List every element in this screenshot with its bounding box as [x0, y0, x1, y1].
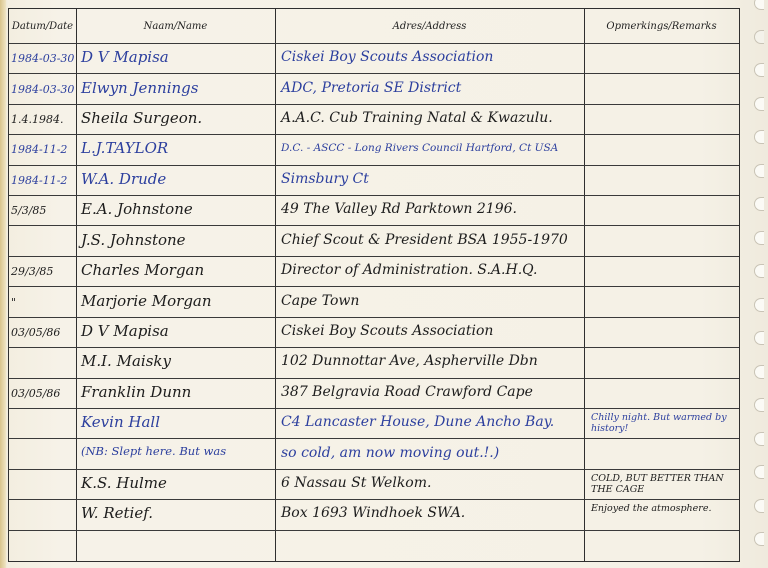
name-cell: Sheila Surgeon. [81, 111, 202, 126]
name-cell: Franklin Dunn [81, 385, 191, 400]
binder-hole-icon [754, 264, 764, 278]
row-divider [9, 225, 739, 226]
row-divider [9, 530, 739, 531]
remarks-cell: Chilly night. But warmed by history! [591, 412, 736, 434]
row-divider [9, 317, 739, 318]
address-cell: C4 Lancaster House, Dune Ancho Bay. [281, 415, 554, 429]
address-cell: so cold, am now moving out.!.) [281, 446, 499, 460]
guestbook-table: Datum/Date Naam/Name Adres/Address Opmer… [8, 8, 740, 562]
row-divider [9, 438, 739, 439]
binder-hole-icon [754, 30, 764, 44]
name-cell: (NB: Slept here. But was [81, 446, 226, 458]
column-divider [275, 9, 276, 561]
address-cell: Ciskei Boy Scouts Association [281, 50, 493, 64]
date-cell: 03/05/86 [11, 388, 60, 399]
binder-hole-icon [754, 398, 764, 412]
address-cell: 49 The Valley Rd Parktown 2196. [281, 202, 517, 216]
address-cell: A.A.C. Cub Training Natal & Kwazulu. [281, 111, 553, 125]
binder-hole-icon [754, 164, 764, 178]
row-divider [9, 43, 739, 44]
date-cell: 1.4.1984. [11, 114, 63, 125]
date-cell: 1984-11-2 [11, 144, 67, 155]
binder-hole-icon [754, 365, 764, 379]
row-divider [9, 408, 739, 409]
name-cell: M.I. Maisky [81, 354, 171, 369]
address-cell: ADC, Pretoria SE District [281, 81, 461, 95]
binder-hole-icon [754, 231, 764, 245]
address-cell: Cape Town [281, 294, 359, 308]
name-cell: Elwyn Jennings [81, 81, 198, 96]
binder-hole-icon [754, 432, 764, 446]
remarks-cell: COLD, BUT BETTER THAN THE CAGE [591, 473, 736, 495]
binder-hole-icon [754, 197, 764, 211]
row-divider [9, 347, 739, 348]
row-divider [9, 73, 739, 74]
address-cell: 6 Nassau St Welkom. [281, 476, 431, 490]
date-cell: 1984-03-30 [11, 84, 74, 95]
binder-hole-icon [754, 97, 764, 111]
row-divider [9, 469, 739, 470]
binder-hole-icon [754, 130, 764, 144]
row-divider [9, 378, 739, 379]
address-cell: Chief Scout & President BSA 1955-1970 [281, 233, 568, 247]
name-cell: J.S. Johnstone [81, 233, 186, 248]
header-name: Naam/Name [76, 9, 275, 43]
address-cell: 102 Dunnottar Ave, Aspherville Dbn [281, 354, 538, 368]
binder-hole-icon [754, 63, 764, 77]
column-divider [584, 9, 585, 561]
date-cell: 29/3/85 [11, 266, 53, 277]
address-cell: Simsbury Ct [281, 172, 369, 186]
name-cell: D V Mapisa [81, 324, 169, 339]
binder-hole-icon [754, 0, 764, 10]
address-cell: 387 Belgravia Road Crawford Cape [281, 385, 533, 399]
date-cell: " [11, 297, 16, 308]
row-divider [9, 256, 739, 257]
row-divider [9, 286, 739, 287]
name-cell: W.A. Drude [81, 172, 166, 187]
row-divider [9, 165, 739, 166]
address-cell: Ciskei Boy Scouts Association [281, 324, 493, 338]
row-divider [9, 195, 739, 196]
date-cell: 1984-11-2 [11, 175, 67, 186]
binder-hole-icon [754, 465, 764, 479]
date-cell: 5/3/85 [11, 205, 46, 216]
address-cell: Director of Administration. S.A.H.Q. [281, 263, 537, 277]
name-cell: W. Retief. [81, 506, 153, 521]
address-cell: D.C. - ASCC - Long Rivers Council Hartfo… [281, 143, 558, 154]
address-cell: Box 1693 Windhoek SWA. [281, 506, 465, 520]
name-cell: Charles Morgan [81, 263, 204, 278]
remarks-cell: Enjoyed the atmosphere. [591, 503, 736, 514]
binder-hole-icon [754, 298, 764, 312]
header-date: Datum/Date [9, 9, 76, 43]
page-edge [0, 0, 6, 568]
binder-hole-icon [754, 532, 764, 546]
row-divider [9, 134, 739, 135]
name-cell: E.A. Johnstone [81, 202, 193, 217]
name-cell: Marjorie Morgan [81, 294, 212, 309]
row-divider [9, 104, 739, 105]
date-cell: 1984-03-30 [11, 53, 74, 64]
binder-hole-icon [754, 499, 764, 513]
row-divider [9, 499, 739, 500]
binder-hole-icon [754, 331, 764, 345]
header-address: Adres/Address [275, 9, 584, 43]
binder-holes [754, 0, 768, 568]
name-cell: L.J.TAYLOR [81, 141, 168, 156]
name-cell: Kevin Hall [81, 415, 160, 430]
date-cell: 03/05/86 [11, 327, 60, 338]
column-divider [76, 9, 77, 561]
header-remarks: Opmerkings/Remarks [584, 9, 739, 43]
ledger-page: Datum/Date Naam/Name Adres/Address Opmer… [0, 0, 768, 568]
name-cell: D V Mapisa [81, 50, 169, 65]
name-cell: K.S. Hulme [81, 476, 167, 491]
